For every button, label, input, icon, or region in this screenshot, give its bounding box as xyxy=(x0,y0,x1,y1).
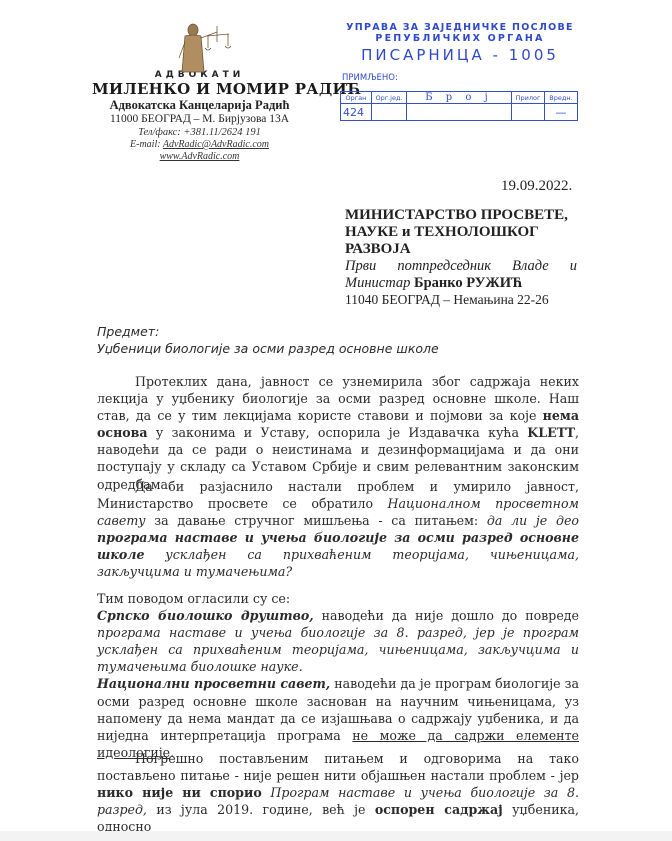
p1-text-c: у законима и Уставу, оспорила је Издавач… xyxy=(148,425,528,440)
p1-publisher: KLETT xyxy=(527,425,575,440)
website-link[interactable]: www.AdvRadic.com xyxy=(160,151,240,162)
paragraph-1: Протеклих дана, јавност се узнемирила зб… xyxy=(97,373,579,493)
p3-text-b: наводећи да није дошло до повреде xyxy=(314,608,579,623)
email-link[interactable]: AdvRadic@AdvRadic.com xyxy=(163,139,269,150)
stamp-received: ПРИМЉЕНО: 19 .09. 2022 xyxy=(340,73,580,83)
stamp-col-unit: Орг.јед. xyxy=(372,92,407,104)
letterhead-names: МИЛЕНКО И МОМИР РАДИЋ xyxy=(92,81,307,98)
paragraph-3: Тим поводом огласили су се: Српско биоло… xyxy=(97,590,579,761)
letterhead-email: E-mail: AdvRadic@AdvRadic.com xyxy=(92,139,307,151)
p4-text-d: из јула 2019. године, већ је xyxy=(147,802,375,817)
p4-text-a: Погрешно постављеним питањем и одговорим… xyxy=(97,751,579,783)
stamp-cell-value: — xyxy=(545,104,578,121)
subject-block: Предмет: Уџбеници биологије за осми разр… xyxy=(97,323,439,357)
addressee-block: МИНИСТАРСТВО ПРОСВЕТЕ, НАУКЕ и ТЕХНОЛОШК… xyxy=(345,207,577,308)
stamp-col-attachment: Прилог xyxy=(512,92,545,104)
p3-national-council: Национални просветни савет, xyxy=(97,676,330,691)
stamp-received-label: ПРИМЉЕНО: xyxy=(342,73,398,83)
letterhead-address: 11000 БЕОГРАД – М. Бирјузова 13А xyxy=(92,112,307,126)
letterhead-tel: Тел/факс: +381.11/2624 191 xyxy=(92,126,307,139)
p2-question-start: да ли је део xyxy=(487,513,579,528)
subject-label: Предмет: xyxy=(97,323,439,340)
stamp-table: Орган Орг.јед. Б р о ј Прилог Вредн. 424… xyxy=(340,91,578,121)
stamp-cell-number xyxy=(407,104,512,121)
page-bottom-edge xyxy=(0,831,672,841)
p3-intro: Тим поводом огласили су се: xyxy=(97,590,579,607)
stamp-col-number: Б р о ј xyxy=(407,92,512,104)
letterhead-office: Адвокатска Канцеларија Радић xyxy=(92,98,307,112)
letterhead-website: www.AdvRadic.com xyxy=(92,151,307,163)
p3-text-c: програма наставе и учења биологије за 8.… xyxy=(97,625,579,674)
addressee-title: Први потпредседник Владе и xyxy=(345,258,577,275)
addressee-minister: Министар Бранко РУЖИЋ xyxy=(345,275,577,292)
stamp-table-header: Орган Орг.јед. Б р о ј Прилог Вредн. xyxy=(341,92,578,104)
stamp-line-3: ПИСАРНИЦА - 1005 xyxy=(340,46,580,64)
stamp-table-row: 424 — xyxy=(341,104,578,121)
stamp-col-value: Вредн. xyxy=(545,92,578,104)
paragraph-2: Да би разјаснило настали проблем и умири… xyxy=(97,478,579,581)
stamp-cell-attachment xyxy=(512,104,545,121)
addressee-street: 11040 БЕОГРАД – Немањина 22-26 xyxy=(345,292,577,308)
addressee-minister-name: Бранко РУЖИЋ xyxy=(414,275,523,291)
stamp-line-1: УПРАВА ЗА ЗАЈЕДНИЧКЕ ПОСЛОВЕ xyxy=(340,22,580,33)
addressee-minister-prefix: Министар xyxy=(345,275,410,291)
letter-page: АДВОКАТИ МИЛЕНКО И МОМИР РАДИЋ Адвокатск… xyxy=(0,0,672,841)
letter-date: 19.09.2022. xyxy=(501,178,572,195)
addressee-org-line-1: МИНИСТАРСТВО ПРОСВЕТЕ, xyxy=(345,207,577,224)
addressee-org-line-2: НАУКЕ и ТЕХНОЛОШКОГ xyxy=(345,224,577,241)
lady-justice-icon xyxy=(155,22,245,74)
stamp-cell-unit xyxy=(372,104,407,121)
p3-biological-society: Српско биолошко друштво, xyxy=(97,608,314,623)
addressee-org-line-3: РАЗВОЈА xyxy=(345,241,577,258)
p2-question-end: усклађен са прихваћеним теоријама, чињен… xyxy=(97,547,579,579)
stamp-col-organ: Орган xyxy=(341,92,372,104)
stamp-cell-organ: 424 xyxy=(341,104,372,121)
registry-stamp: УПРАВА ЗА ЗАЈЕДНИЧКЕ ПОСЛОВЕ РЕПУБЛИЧКИХ… xyxy=(340,22,580,121)
p1-text-a: Протеклих дана, јавност се узнемирила зб… xyxy=(97,374,579,423)
letterhead: АДВОКАТИ МИЛЕНКО И МОМИР РАДИЋ Адвокатск… xyxy=(92,22,307,163)
paragraph-4: Погрешно постављеним питањем и одговорим… xyxy=(97,750,579,835)
email-label: E-mail: xyxy=(130,139,161,150)
p2-text-c: за давање стручног мишљења - са питањем: xyxy=(146,513,487,528)
subject-text: Уџбеници биологије за осми разред основн… xyxy=(97,340,439,357)
stamp-line-2: РЕПУБЛИЧКИХ ОРГАНА xyxy=(340,33,580,44)
p4-nobody-disputed: нико није ни спорио xyxy=(97,785,262,800)
p4-disputed-content: оспорен садржај xyxy=(375,802,503,817)
